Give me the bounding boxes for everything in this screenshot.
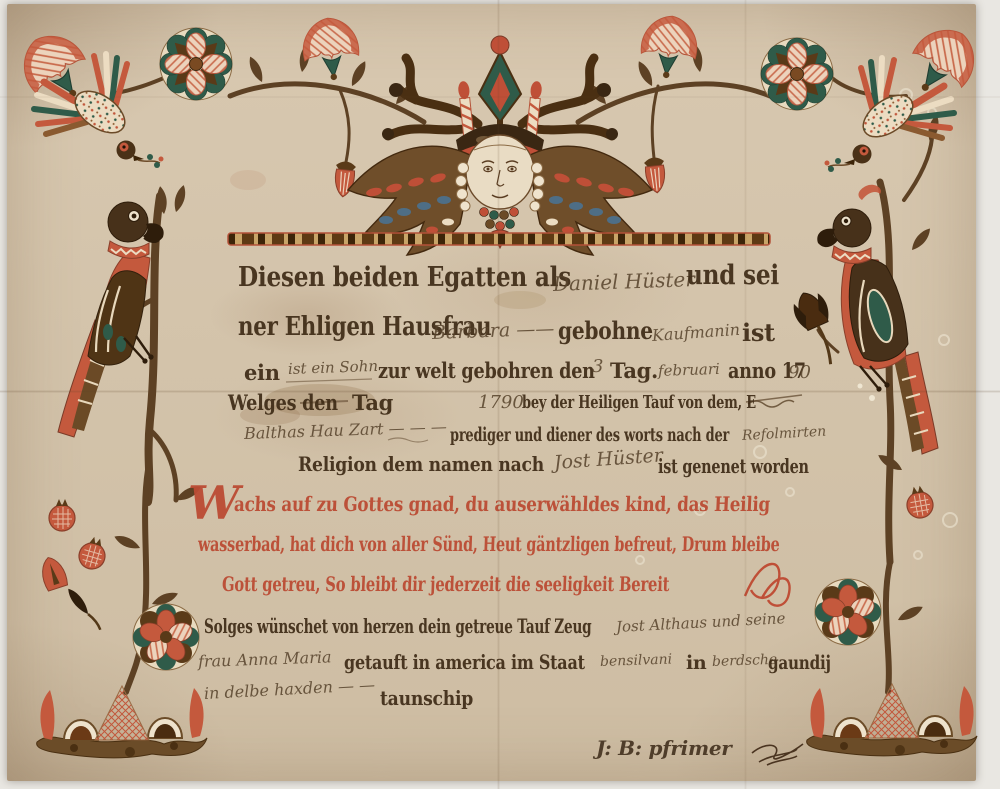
handwritten-father-name: Daniel Hüster (553, 267, 696, 296)
handwritten-birth-day: 3 (592, 356, 603, 377)
printed-ein: ein (244, 360, 280, 385)
handwritten-baptism-year: 1790 (478, 392, 524, 413)
printed-preacher-phrase: prediger und diener des worts nach der (450, 424, 729, 446)
printed-named-phrase: ist genenet worden (658, 454, 809, 478)
printed-sponsor-phrase: Solges wünschet von herzen dein getreue … (204, 614, 591, 638)
handwritten-sponsor-wife: frau Anna Maria (198, 647, 332, 671)
verse-line-2: wasserbad, hat dich von aller Sünd, Heut… (198, 532, 780, 556)
printed-tag: Tag. (610, 358, 658, 383)
scanned-fraktur-certificate: Diesen beiden Egatten als Daniel Hüster … (0, 0, 1000, 789)
handwritten-mother-name: Barbara —— (432, 318, 555, 344)
handwritten-maiden-name: Kaufmanin (651, 320, 740, 345)
printed-ist: ist (742, 318, 775, 347)
handwritten-birth-year: 90 (788, 362, 811, 383)
artist-signature: J: B: pfrimer (596, 736, 732, 760)
handwritten-denomination: Refolmirten (742, 424, 827, 444)
handwritten-birth-month: februari (658, 360, 720, 380)
verse-line-3: Gott getreu, So bleibt dir jederzeit die… (222, 572, 670, 596)
handwritten-child-insert: ist ein Sohn (288, 357, 379, 378)
handwritten-pastor-name: Balthas Hau Zart — — — (244, 417, 447, 443)
printed-born-phrase: zur welt gebohren den (378, 358, 595, 383)
printed-tag-2: Tag (352, 390, 393, 415)
handwritten-state: bensilvani (600, 651, 673, 670)
printed-und-sei: und sei (686, 260, 779, 291)
certificate-text: Diesen beiden Egatten als Daniel Hüster … (0, 0, 1000, 789)
printed-in: in (686, 652, 706, 674)
printed-baptism-phrase: bey der Heiligen Tauf von dem, E (522, 392, 756, 413)
printed-welges-den: Welges den (228, 390, 338, 415)
printed-couple-intro: Diesen beiden Egatten als (238, 262, 571, 293)
printed-baptized-in-america: getauft in america im Staat (344, 650, 585, 674)
printed-county-word: gaundij (768, 652, 831, 674)
handwritten-township: in delbe haxden — — (204, 675, 376, 703)
handwritten-sponsor-names: Jost Althaus und seine (616, 609, 786, 636)
printed-gebohne: gebohne (558, 316, 653, 345)
printed-religion-phrase: Religion dem namen nach (298, 452, 544, 476)
handwritten-child-name: Jost Hüster (553, 444, 663, 474)
verse-line-1: achs auf zu Gottes gnad, du auserwähldes… (233, 492, 770, 516)
printed-township-word: taunschip (380, 686, 473, 710)
verse-initial: W (188, 476, 239, 530)
